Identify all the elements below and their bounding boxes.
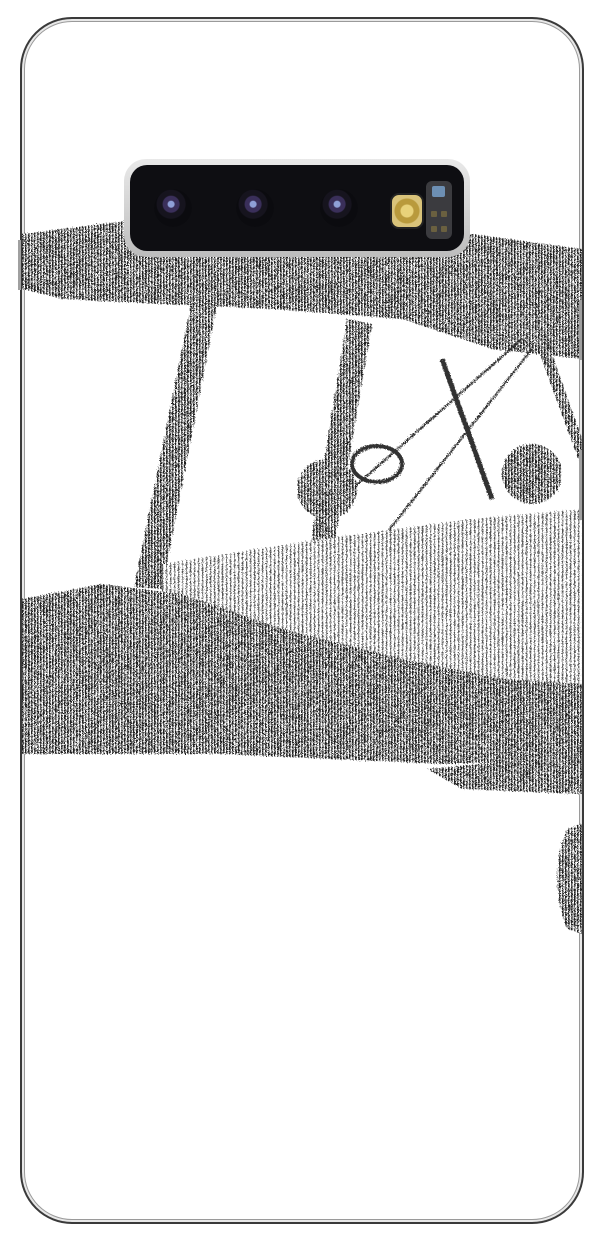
sensor-icon <box>426 181 452 239</box>
side-button-right-lower <box>579 450 582 520</box>
camera-lens-icon <box>320 189 358 227</box>
camera-module <box>124 159 470 257</box>
camera-lens-icon <box>154 189 192 227</box>
camera-module-inner <box>130 165 464 251</box>
side-button-right <box>579 300 582 360</box>
side-button-left <box>18 240 21 290</box>
flash-icon <box>390 193 424 229</box>
phone-skin <box>20 17 584 1224</box>
camera-lens-icon <box>236 189 274 227</box>
